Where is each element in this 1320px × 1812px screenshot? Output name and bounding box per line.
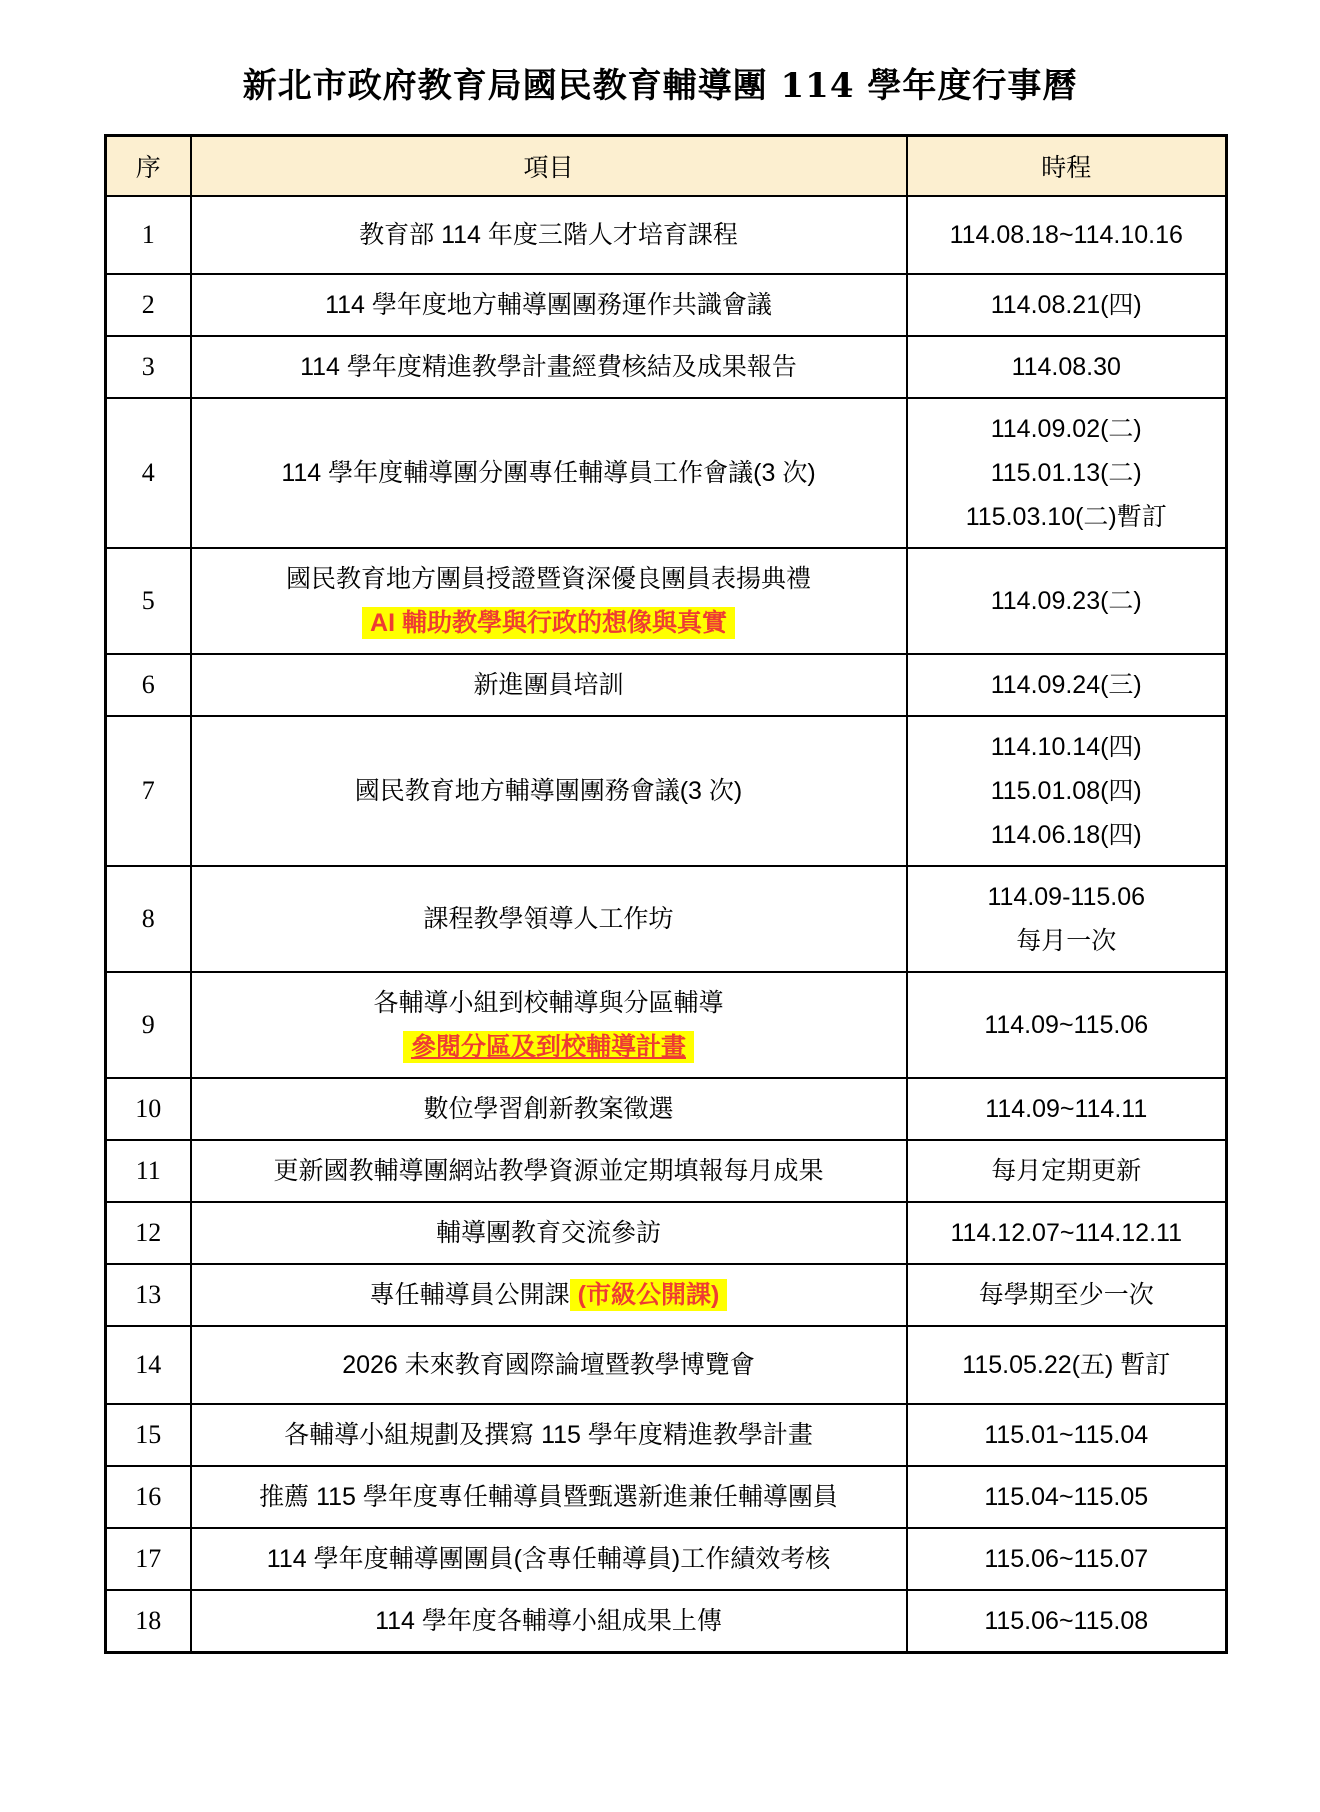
item-line: 教育部 114 年度三階人才培育課程 [196, 213, 902, 257]
schedule-cell: 每月定期更新 [907, 1140, 1227, 1202]
row-number-cell: 4 [106, 398, 191, 548]
item-cell: 各輔導小組到校輔導與分區輔導參閱分區及到校輔導計畫 [191, 972, 907, 1078]
item-text: 114 學年度各輔導小組成果上傳 [375, 1607, 722, 1635]
schedule-line: 每月定期更新 [912, 1149, 1222, 1193]
table-row: 9各輔導小組到校輔導與分區輔導參閱分區及到校輔導計畫114.09~115.06 [106, 972, 1227, 1078]
item-line: 國民教育地方團員授證暨資深優良團員表揚典禮 [196, 557, 902, 601]
col-header-item: 項目 [191, 136, 907, 196]
item-text: 各輔導小組規劃及撰寫 115 學年度精進教學計畫 [284, 1421, 813, 1449]
schedule-line: 114.09~115.06 [912, 1003, 1222, 1047]
row-number-cell: 18 [106, 1590, 191, 1653]
item-text: 114 學年度地方輔導團團務運作共識會議 [325, 291, 772, 319]
table-row: 16推薦 115 學年度專任輔導員暨甄選新進兼任輔導團員115.04~115.0… [106, 1466, 1227, 1528]
schedule-cell: 114.08.18~114.10.16 [907, 196, 1227, 274]
item-cell: 各輔導小組規劃及撰寫 115 學年度精進教學計畫 [191, 1404, 907, 1466]
item-cell: 114 學年度輔導團團員(含專任輔導員)工作績效考核 [191, 1528, 907, 1590]
item-text: 專任輔導員公開課 [370, 1281, 570, 1309]
schedule-line: 115.06~115.08 [912, 1599, 1222, 1643]
schedule-line: 每月一次 [912, 919, 1222, 963]
schedule-cell: 114.12.07~114.12.11 [907, 1202, 1227, 1264]
schedule-cell: 115.04~115.05 [907, 1466, 1227, 1528]
item-text: 114 學年度精進教學計畫經費核結及成果報告 [300, 353, 797, 381]
schedule-line: 114.09.02(二) [912, 407, 1222, 451]
item-line: 各輔導小組規劃及撰寫 115 學年度精進教學計畫 [196, 1413, 902, 1457]
table-row: 15各輔導小組規劃及撰寫 115 學年度精進教學計畫115.01~115.04 [106, 1404, 1227, 1466]
row-number-cell: 10 [106, 1078, 191, 1140]
item-line: 推薦 115 學年度專任輔導員暨甄選新進兼任輔導團員 [196, 1475, 902, 1519]
schedule-cell: 114.08.30 [907, 336, 1227, 398]
item-cell: 114 學年度地方輔導團團務運作共識會議 [191, 274, 907, 336]
row-number-cell: 1 [106, 196, 191, 274]
item-line: 國民教育地方輔導團團務會議(3 次) [196, 769, 902, 813]
table-row: 7國民教育地方輔導團團務會議(3 次)114.10.14(四)115.01.08… [106, 716, 1227, 866]
schedule-cell: 114.09.24(三) [907, 654, 1227, 716]
row-number-cell: 13 [106, 1264, 191, 1326]
schedule-cell: 114.10.14(四)115.01.08(四)114.06.18(四) [907, 716, 1227, 866]
item-line: 更新國教輔導團網站教學資源並定期填報每月成果 [196, 1149, 902, 1193]
schedule-cell: 115.06~115.08 [907, 1590, 1227, 1653]
row-number-cell: 11 [106, 1140, 191, 1202]
schedule-line: 114.12.07~114.12.11 [912, 1211, 1222, 1255]
item-highlight[interactable]: 參閱分區及到校輔導計畫 [403, 1031, 694, 1063]
item-highlight: (市級公開課) [570, 1279, 728, 1311]
item-line: 數位學習創新教案徵選 [196, 1087, 902, 1131]
item-text: 輔導團教育交流參訪 [436, 1219, 661, 1247]
schedule-cell: 114.09~115.06 [907, 972, 1227, 1078]
schedule-cell: 每學期至少一次 [907, 1264, 1227, 1326]
schedule-cell: 114.09.02(二)115.01.13(二)115.03.10(二)暫訂 [907, 398, 1227, 548]
item-cell: 數位學習創新教案徵選 [191, 1078, 907, 1140]
row-number-cell: 14 [106, 1326, 191, 1404]
item-text: 114 學年度輔導團團員(含專任輔導員)工作績效考核 [267, 1545, 830, 1573]
table-row: 4114 學年度輔導團分團專任輔導員工作會議(3 次)114.09.02(二)1… [106, 398, 1227, 548]
schedule-table: 序 項目 時程 1教育部 114 年度三階人才培育課程114.08.18~114… [104, 134, 1228, 1654]
item-cell: 輔導團教育交流參訪 [191, 1202, 907, 1264]
schedule-line: 114.10.14(四) [912, 725, 1222, 769]
schedule-line: 115.01.08(四) [912, 769, 1222, 813]
row-number-cell: 3 [106, 336, 191, 398]
table-row: 5國民教育地方團員授證暨資深優良團員表揚典禮AI 輔助教學與行政的想像與真實11… [106, 548, 1227, 654]
row-number-cell: 15 [106, 1404, 191, 1466]
schedule-line: 115.03.10(二)暫訂 [912, 495, 1222, 539]
item-cell: 更新國教輔導團網站教學資源並定期填報每月成果 [191, 1140, 907, 1202]
item-text: 國民教育地方輔導團團務會議(3 次) [355, 777, 743, 805]
item-line: 專任輔導員公開課(市級公開課) [196, 1273, 902, 1317]
table-row: 8課程教學領導人工作坊114.09-115.06每月一次 [106, 866, 1227, 972]
item-line: 新進團員培訓 [196, 663, 902, 707]
item-line: 114 學年度地方輔導團團務運作共識會議 [196, 283, 902, 327]
item-line: 輔導團教育交流參訪 [196, 1211, 902, 1255]
item-cell: 專任輔導員公開課(市級公開課) [191, 1264, 907, 1326]
item-cell: 教育部 114 年度三階人才培育課程 [191, 196, 907, 274]
item-text: 114 學年度輔導團分團專任輔導員工作會議(3 次) [281, 459, 815, 487]
schedule-cell: 114.09.23(二) [907, 548, 1227, 654]
schedule-line: 114.08.30 [912, 345, 1222, 389]
schedule-line: 115.01~115.04 [912, 1413, 1222, 1457]
item-line: 參閱分區及到校輔導計畫 [196, 1025, 902, 1069]
schedule-line: 115.06~115.07 [912, 1537, 1222, 1581]
item-cell: 推薦 115 學年度專任輔導員暨甄選新進兼任輔導團員 [191, 1466, 907, 1528]
item-line: 114 學年度輔導團分團專任輔導員工作會議(3 次) [196, 451, 902, 495]
table-row: 11更新國教輔導團網站教學資源並定期填報每月成果每月定期更新 [106, 1140, 1227, 1202]
item-text: 課程教學領導人工作坊 [423, 905, 673, 933]
schedule-line: 114.09-115.06 [912, 875, 1222, 919]
table-row: 18114 學年度各輔導小組成果上傳115.06~115.08 [106, 1590, 1227, 1653]
schedule-line: 115.01.13(二) [912, 451, 1222, 495]
item-line: 114 學年度精進教學計畫經費核結及成果報告 [196, 345, 902, 389]
table-row: 10數位學習創新教案徵選114.09~114.11 [106, 1078, 1227, 1140]
item-text: 各輔導小組到校輔導與分區輔導 [373, 989, 723, 1017]
item-cell: 國民教育地方團員授證暨資深優良團員表揚典禮AI 輔助教學與行政的想像與真實 [191, 548, 907, 654]
schedule-line: 114.06.18(四) [912, 813, 1222, 857]
schedule-line: 114.09.24(三) [912, 663, 1222, 707]
item-cell: 114 學年度輔導團分團專任輔導員工作會議(3 次) [191, 398, 907, 548]
table-row: 142026 未來教育國際論壇暨教學博覽會115.05.22(五) 暫訂 [106, 1326, 1227, 1404]
item-cell: 國民教育地方輔導團團務會議(3 次) [191, 716, 907, 866]
row-number-cell: 12 [106, 1202, 191, 1264]
schedule-cell: 115.06~115.07 [907, 1528, 1227, 1590]
table-row: 6新進團員培訓114.09.24(三) [106, 654, 1227, 716]
table-row: 1教育部 114 年度三階人才培育課程114.08.18~114.10.16 [106, 196, 1227, 274]
item-cell: 2026 未來教育國際論壇暨教學博覽會 [191, 1326, 907, 1404]
item-cell: 課程教學領導人工作坊 [191, 866, 907, 972]
schedule-line: 115.05.22(五) 暫訂 [912, 1343, 1222, 1387]
table-body: 1教育部 114 年度三階人才培育課程114.08.18~114.10.1621… [106, 196, 1227, 1653]
item-cell: 114 學年度精進教學計畫經費核結及成果報告 [191, 336, 907, 398]
col-header-schedule: 時程 [907, 136, 1227, 196]
row-number-cell: 2 [106, 274, 191, 336]
item-line: 2026 未來教育國際論壇暨教學博覽會 [196, 1343, 902, 1387]
item-text: 國民教育地方團員授證暨資深優良團員表揚典禮 [286, 565, 811, 593]
item-line: 各輔導小組到校輔導與分區輔導 [196, 981, 902, 1025]
table-row: 3114 學年度精進教學計畫經費核結及成果報告114.08.30 [106, 336, 1227, 398]
schedule-line: 每學期至少一次 [912, 1273, 1222, 1317]
schedule-cell: 114.08.21(四) [907, 274, 1227, 336]
item-highlight: AI 輔助教學與行政的想像與真實 [362, 607, 735, 639]
item-line: AI 輔助教學與行政的想像與真實 [196, 601, 902, 645]
item-line: 課程教學領導人工作坊 [196, 897, 902, 941]
col-header-no: 序 [106, 136, 191, 196]
row-number-cell: 7 [106, 716, 191, 866]
page-title: 新北市政府教育局國民教育輔導團 114 學年度行事曆 [0, 0, 1320, 107]
header-row: 序 項目 時程 [106, 136, 1227, 196]
schedule-line: 114.09.23(二) [912, 579, 1222, 623]
schedule-line: 114.08.18~114.10.16 [912, 213, 1222, 257]
row-number-cell: 6 [106, 654, 191, 716]
table-row: 17114 學年度輔導團團員(含專任輔導員)工作績效考核115.06~115.0… [106, 1528, 1227, 1590]
schedule-cell: 114.09-115.06每月一次 [907, 866, 1227, 972]
table-header: 序 項目 時程 [106, 136, 1227, 196]
row-number-cell: 5 [106, 548, 191, 654]
schedule-line: 115.04~115.05 [912, 1475, 1222, 1519]
item-cell: 114 學年度各輔導小組成果上傳 [191, 1590, 907, 1653]
schedule-cell: 114.09~114.11 [907, 1078, 1227, 1140]
item-text: 數位學習創新教案徵選 [423, 1095, 673, 1123]
item-text: 新進團員培訓 [473, 671, 623, 699]
item-text: 2026 未來教育國際論壇暨教學博覽會 [342, 1351, 755, 1379]
document-page: 新北市政府教育局國民教育輔導團 114 學年度行事曆 序 項目 時程 1教育部 … [0, 0, 1320, 1812]
row-number-cell: 17 [106, 1528, 191, 1590]
item-line: 114 學年度各輔導小組成果上傳 [196, 1599, 902, 1643]
table-row: 12輔導團教育交流參訪114.12.07~114.12.11 [106, 1202, 1227, 1264]
row-number-cell: 9 [106, 972, 191, 1078]
item-cell: 新進團員培訓 [191, 654, 907, 716]
item-line: 114 學年度輔導團團員(含專任輔導員)工作績效考核 [196, 1537, 902, 1581]
table-row: 13專任輔導員公開課(市級公開課)每學期至少一次 [106, 1264, 1227, 1326]
schedule-line: 114.09~114.11 [912, 1087, 1222, 1131]
schedule-line: 114.08.21(四) [912, 283, 1222, 327]
schedule-cell: 115.01~115.04 [907, 1404, 1227, 1466]
row-number-cell: 8 [106, 866, 191, 972]
table-row: 2114 學年度地方輔導團團務運作共識會議114.08.21(四) [106, 274, 1227, 336]
item-text: 推薦 115 學年度專任輔導員暨甄選新進兼任輔導團員 [259, 1483, 838, 1511]
item-text: 教育部 114 年度三階人才培育課程 [359, 221, 738, 249]
row-number-cell: 16 [106, 1466, 191, 1528]
schedule-cell: 115.05.22(五) 暫訂 [907, 1326, 1227, 1404]
item-text: 更新國教輔導團網站教學資源並定期填報每月成果 [273, 1157, 823, 1185]
